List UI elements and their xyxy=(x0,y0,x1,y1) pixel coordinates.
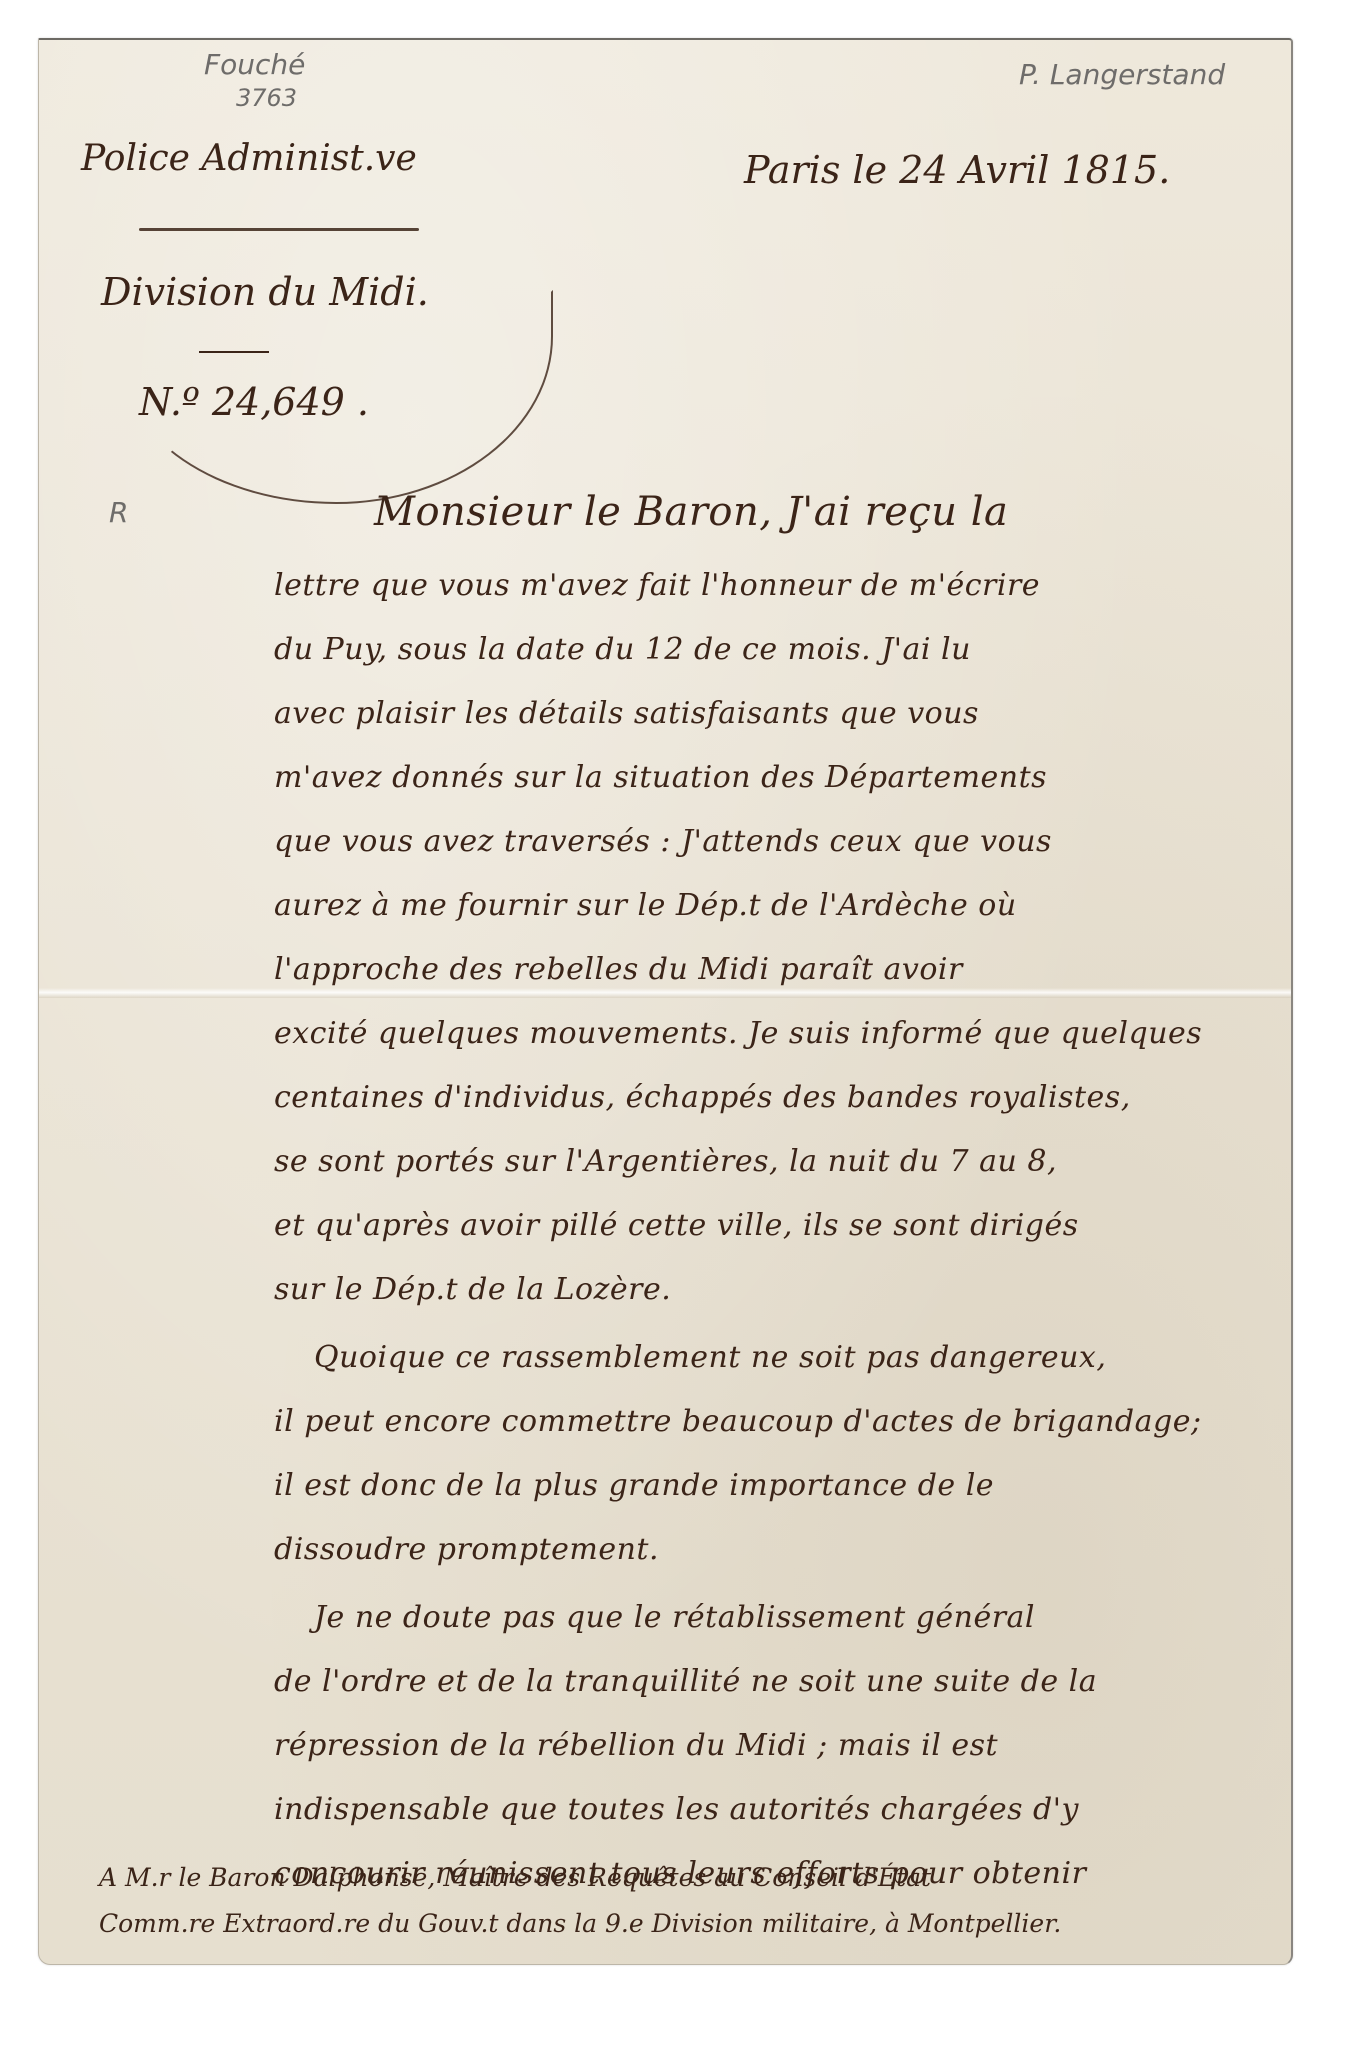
body-line: et qu'après avoir pillé cette ville, ils… xyxy=(274,1194,1314,1258)
archive-annotation-name: Fouché xyxy=(204,48,305,81)
header-divider xyxy=(139,228,419,231)
archive-annotation-number: 3763 xyxy=(236,84,297,112)
body-line: avec plaisir les détails satisfaisants q… xyxy=(274,682,1314,746)
body-line: se sont portés sur l'Argentières, la nui… xyxy=(274,1130,1314,1194)
paragraph-line: indispensable que toutes les autorités c… xyxy=(274,1778,1314,1842)
body-line: du Puy, sous la date du 12 de ce mois. J… xyxy=(274,618,1314,682)
body-line: lettre que vous m'avez fait l'honneur de… xyxy=(274,554,1314,618)
collector-annotation: P. Langerstand xyxy=(1019,58,1225,91)
body-line: centaines d'individus, échappés des band… xyxy=(274,1066,1314,1130)
body-line: que vous avez traversés : J'attends ceux… xyxy=(274,810,1314,874)
body-line: excité quelques mouvements. Je suis info… xyxy=(274,1002,1314,1066)
body-line: l'approche des rebelles du Midi paraît a… xyxy=(274,938,1314,1002)
recipient-address: A M.r le Baron Dalphonse, Maître des Req… xyxy=(99,1855,1319,1947)
salutation: Monsieur le Baron, J'ai reçu la xyxy=(274,470,1314,554)
date-line: Paris le 24 Avril 1815. xyxy=(744,148,1170,192)
paragraph-line: de l'ordre et de la tranquillité ne soit… xyxy=(274,1650,1314,1714)
body-line: sur le Dép.t de la Lozère. xyxy=(274,1258,1314,1322)
paragraph-line: dissoudre promptement. xyxy=(274,1518,1314,1582)
paragraph-line: Quoique ce rassemblement ne soit pas dan… xyxy=(274,1326,1314,1390)
paragraph-line: répression de la rébellion du Midi ; mai… xyxy=(274,1714,1314,1778)
department-heading: Police Administ.ve xyxy=(81,138,417,179)
body-line: m'avez donnés sur la situation des Dépar… xyxy=(274,746,1314,810)
letter-body: Monsieur le Baron, J'ai reçu la lettre q… xyxy=(274,470,1314,1906)
paragraph-line: il peut encore commettre beaucoup d'acte… xyxy=(274,1390,1314,1454)
margin-mark: R xyxy=(109,496,128,529)
paragraph-line: il est donc de la plus grande importance… xyxy=(274,1454,1314,1518)
address-line-2: Comm.re Extraord.re du Gouv.t dans la 9.… xyxy=(99,1901,1319,1947)
body-line: aurez à me fournir sur le Dép.t de l'Ard… xyxy=(274,874,1314,938)
letter-paper: Fouché 3763 P. Langerstand Police Admini… xyxy=(38,38,1293,1965)
paragraph-line: Je ne doute pas que le rétablissement gé… xyxy=(274,1586,1314,1650)
address-line-1: A M.r le Baron Dalphonse, Maître des Req… xyxy=(99,1855,1319,1901)
